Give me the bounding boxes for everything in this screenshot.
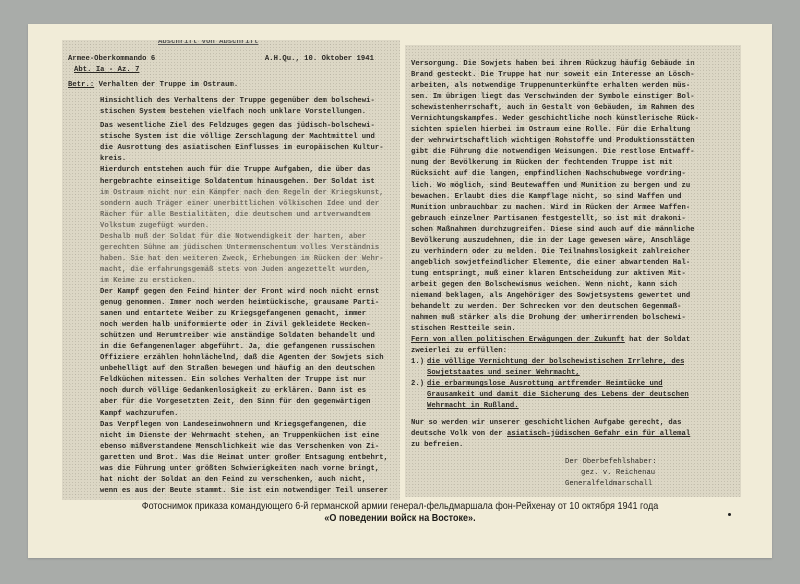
text-line: Munition unbrauchbar zu machen. Wird im … bbox=[405, 203, 741, 214]
text-line: sondern auch Träger einer unerbittlichen… bbox=[62, 199, 400, 210]
text-line: nahmen muß stärker als die Drohung der u… bbox=[405, 313, 741, 324]
document-page-right: Versorgung. Die Sowjets haben bei ihrem … bbox=[405, 45, 741, 497]
text-line: arbeit gegen den Bolschewismus weichen. … bbox=[405, 280, 741, 291]
closing-line: Nur so werden wir unserer geschichtliche… bbox=[405, 418, 741, 429]
closing-underlined: asiatisch-jüdischen Gefahr ein für allem… bbox=[507, 430, 690, 438]
text-line: Feldküchen mitessen. Ein solches Verhalt… bbox=[62, 375, 400, 386]
text-line: Vernichtungskampfes. Weder geschichtlich… bbox=[405, 114, 741, 125]
place-date: A.H.Qu., 10. Oktober 1941 bbox=[265, 54, 374, 65]
text-line: zu verhindern oder zu melden. Die Teilna… bbox=[405, 247, 741, 258]
text-line: sichten spielen hierbei im Ostraum eine … bbox=[405, 125, 741, 136]
text-line: bewachen. Erlaubt dies die Kampflage nic… bbox=[405, 192, 741, 203]
text-line: schewistenherrschaft, auch in Gestalt vo… bbox=[405, 103, 741, 114]
text-line: haben. Sie hat den weiteren Zweck, Erheb… bbox=[62, 254, 400, 265]
text-line: hergebrachte einseitige Soldatentum hina… bbox=[62, 177, 400, 188]
text-line: nung der Bevölkerung im Rücken der fecht… bbox=[405, 158, 741, 169]
text-line: der wehrwirtschaftlich wichtigen Rohstof… bbox=[405, 136, 741, 147]
text-line: Versorgung. Die Sowjets haben bei ihrem … bbox=[405, 59, 741, 70]
list-item-2: 2.) die erbarmungslose Ausrottung artfre… bbox=[405, 379, 741, 412]
text-line: gibt die Führung die notwendigen Weisung… bbox=[405, 147, 741, 158]
list-text: Wehrmacht in Rußland. bbox=[427, 401, 689, 412]
text-line: sen. Im übrigen liegt das Verschwinden d… bbox=[405, 92, 741, 103]
text-line: Deshalb muß der Soldat für die Notwendig… bbox=[62, 232, 400, 243]
list-text: Sowjetstaates und seiner Wehrmacht, bbox=[427, 368, 684, 379]
text-line: wenn es aus der Beute stammt. Sie ist ei… bbox=[62, 486, 400, 497]
text-line: nicht im Dienste der Wehrmacht stehen, a… bbox=[62, 431, 400, 442]
copy-note: Abschrift von Abschrift bbox=[62, 40, 400, 48]
text-line: gerechten Sühne am jüdischen Untermensch… bbox=[62, 243, 400, 254]
text-line: garetten und Brot. Was die Heimat unter … bbox=[62, 453, 400, 464]
text-line: in die Gefangenenlager abgeführt. Ja, di… bbox=[62, 342, 400, 353]
list-number: 1.) bbox=[411, 357, 427, 379]
text-line: genug genommen. Immer noch werden heimtü… bbox=[62, 298, 400, 309]
closing-line: zu befreien. bbox=[405, 440, 741, 451]
text-line: sanen und entartete Weiber zu Kriegsgefa… bbox=[62, 309, 400, 320]
signature-rank: Generalfeldmarschall bbox=[405, 479, 741, 490]
future-line: Fern von allen politischen Erwägungen de… bbox=[405, 335, 741, 346]
signature-name: gez. v. Reichenau bbox=[405, 468, 741, 479]
text-line: unbehelligt auf den Straßen bewegen und … bbox=[62, 364, 400, 375]
reference: Abt. Ia - Az. 7 bbox=[62, 65, 400, 76]
text-line: ebenso mißverstandene Menschlichkeit wie… bbox=[62, 442, 400, 453]
text-line: stische System ist die völlige Zerschlag… bbox=[62, 132, 400, 143]
text-line: die Ausrottung des asiatischen Einflusse… bbox=[62, 143, 400, 154]
list-item-1: 1.) die völlige Vernichtung der bolschew… bbox=[405, 357, 741, 379]
text-line: macht, die erfahrungsgemäß stets von Jud… bbox=[62, 265, 400, 276]
text-line: Hierdurch entstehen auch für die Truppe … bbox=[62, 165, 400, 176]
list-text: die völlige Vernichtung der bolschewisti… bbox=[427, 357, 684, 368]
text-line: noch durch völlige Gedankenlosigkeit zu … bbox=[62, 386, 400, 397]
text-line: behandelt zu werden. Der Schrecken vor d… bbox=[405, 302, 741, 313]
text-line: Offiziere erzählen hohnlächelnd, daß die… bbox=[62, 353, 400, 364]
text-line: aber für die Vorgesetzten Zeit, den Sinn… bbox=[62, 397, 400, 408]
text-line: tung entspringt, muß einer klaren Entsch… bbox=[405, 269, 741, 280]
text-line: lich. Wo möglich, sind Beutewaffen und M… bbox=[405, 181, 741, 192]
text-line: was die Führung unter größten Schwierigk… bbox=[62, 464, 400, 475]
text-line: Brand gesteckt. Die Truppe hat nur sowei… bbox=[405, 70, 741, 81]
text-line: Der Kampf gegen den Feind hinter der Fro… bbox=[62, 287, 400, 298]
text-line: hat nicht der Soldat an den Feind zu ver… bbox=[62, 475, 400, 486]
text-line: schen Maßnahmen durchzugreifen. Diese si… bbox=[405, 225, 741, 236]
text-line: zweierlei zu erfüllen: bbox=[405, 346, 741, 357]
list-text: die erbarmungslose Ausrottung artfremder… bbox=[427, 379, 689, 390]
text-line: gebrauch einzelner Partisanen festgestel… bbox=[405, 214, 741, 225]
text-line: niemand beklagen, als Angehöriger des So… bbox=[405, 291, 741, 302]
text-line: im Ostraum nicht nur ein Kämpfer nach de… bbox=[62, 188, 400, 199]
text-line: im Keime zu ersticken. bbox=[62, 276, 400, 287]
text-line: noch werden halb uniformierte oder in Zi… bbox=[62, 320, 400, 331]
photo-card: Abschrift von Abschrift Armee-Oberkomman… bbox=[28, 24, 772, 558]
caption-line-2: «О поведении войск на Востоке». bbox=[80, 512, 720, 524]
text-line: stischen System bestehen vielfach noch u… bbox=[62, 107, 400, 118]
text-line: Das Verpflegen von Landeseinwohnern und … bbox=[62, 420, 400, 431]
signature-title: Der Oberbefehlshaber: bbox=[405, 457, 741, 468]
list-text: Grausamkeit und damit die Sicherung des … bbox=[427, 390, 689, 401]
caption-line-1: Фотоснимок приказа командующего 6-й герм… bbox=[80, 500, 720, 512]
sender: Armee-Oberkommando 6 bbox=[68, 54, 155, 65]
photo-caption: Фотоснимок приказа командующего 6-й герм… bbox=[80, 500, 720, 524]
subject-line: Betr.: Verhalten der Truppe im Ostraum. bbox=[62, 80, 400, 91]
text-line: Kampf wachzurufen. bbox=[62, 409, 400, 420]
text-line: Bevölkerung auszudehnen, die in der Lage… bbox=[405, 236, 741, 247]
subject-label: Betr.: bbox=[68, 81, 94, 89]
document-header: Armee-Oberkommando 6 A.H.Qu., 10. Oktobe… bbox=[62, 54, 400, 65]
text-line: arbeiten, als notwendige Truppenunterkün… bbox=[405, 81, 741, 92]
list-number: 2.) bbox=[411, 379, 427, 412]
text-line: Volkstum zugefügt wurden. bbox=[62, 221, 400, 232]
text-line: Hinsichtlich des Verhaltens der Truppe g… bbox=[62, 96, 400, 107]
text-line: angeblich sowjetfeindlicher Elemente, di… bbox=[405, 258, 741, 269]
text-line: kreis. bbox=[62, 154, 400, 165]
closing-line: deutsche Volk von der asiatisch-jüdische… bbox=[405, 429, 741, 440]
text-line: schützen und Herumtreiber wie anständige… bbox=[62, 331, 400, 342]
text-line: Rücksicht auf die langen, empfindlichen … bbox=[405, 169, 741, 180]
document-page-left: Abschrift von Abschrift Armee-Oberkomman… bbox=[62, 40, 400, 500]
text-line: Rächer für alle Bestialitäten, die deuts… bbox=[62, 210, 400, 221]
text-line: stischen Restteile sein. bbox=[405, 324, 741, 335]
dot-mark-icon bbox=[728, 513, 731, 516]
future-line-underlined: Fern von allen politischen Erwägungen de… bbox=[411, 336, 625, 344]
text-line: Das wesentliche Ziel des Feldzuges gegen… bbox=[62, 121, 400, 132]
subject: Verhalten der Truppe im Ostraum. bbox=[99, 81, 239, 89]
closing-plain: deutsche Volk von der bbox=[411, 430, 507, 438]
future-line-rest: hat der Soldat bbox=[625, 336, 690, 344]
